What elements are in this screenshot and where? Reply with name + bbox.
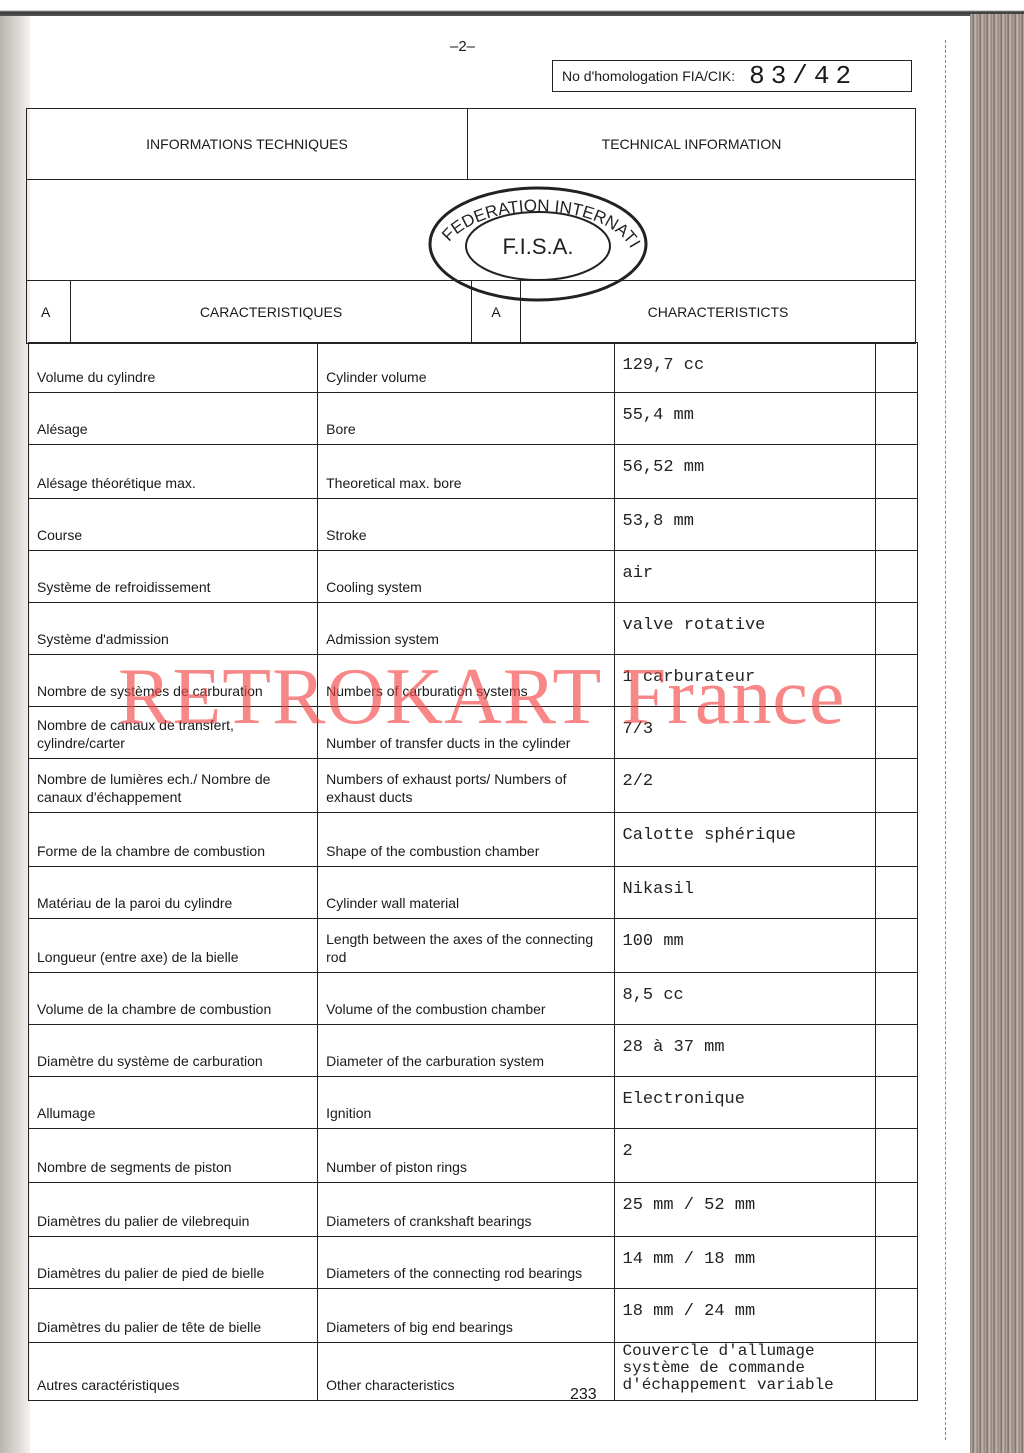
row-label-fr: Système de refroidissement	[29, 551, 318, 603]
watermark: RETROKART France	[118, 652, 845, 743]
row-label-fr: Diamètres du palier de vilebrequin	[29, 1183, 318, 1237]
homologation-label: No d'homologation FIA/CIK:	[562, 68, 735, 84]
row-blank-cell	[876, 707, 918, 759]
bottom-page-number: 233	[570, 1386, 597, 1404]
table-row: Longueur (entre axe) de la bielleLength …	[29, 919, 918, 973]
row-label-fr: Autres caractéristiques	[29, 1343, 318, 1401]
table-row: Forme de la chambre de combustionShape o…	[29, 813, 918, 867]
row-blank-cell	[876, 343, 918, 393]
row-label-en: Theoretical max. bore	[318, 445, 614, 499]
row-blank-cell	[876, 867, 918, 919]
row-label-fr: Course	[29, 499, 318, 551]
row-label-en: Diameters of big end bearings	[318, 1289, 614, 1343]
section-letter-fr: A	[27, 281, 71, 343]
header-title-en: TECHNICAL INFORMATION	[468, 109, 915, 179]
header-box: INFORMATIONS TECHNIQUES TECHNICAL INFORM…	[26, 108, 916, 344]
row-label-en: Bore	[318, 393, 614, 445]
characteristics-table: Volume du cylindreCylinder volume129,7 c…	[28, 342, 918, 1401]
row-value: air	[614, 551, 876, 603]
row-blank-cell	[876, 445, 918, 499]
row-label-fr: Diamètre du système de carburation	[29, 1025, 318, 1077]
row-blank-cell	[876, 1343, 918, 1401]
svg-text:F.I.S.A.: F.I.S.A.	[503, 234, 574, 259]
table-row: Matériau de la paroi du cylindreCylinder…	[29, 867, 918, 919]
table-row: Diamètres du palier de vilebrequinDiamet…	[29, 1183, 918, 1237]
book-binding-edge	[970, 14, 1024, 1453]
row-label-en: Length between the axes of the connectin…	[318, 919, 614, 973]
header-titles-row: INFORMATIONS TECHNIQUES TECHNICAL INFORM…	[27, 109, 915, 180]
table-row: Volume du cylindreCylinder volume129,7 c…	[29, 343, 918, 393]
table-row: Autres caractéristiquesOther characteris…	[29, 1343, 918, 1401]
table-row: Système d'admissionAdmission systemvalve…	[29, 603, 918, 655]
row-blank-cell	[876, 1025, 918, 1077]
table-row: Diamètre du système de carburationDiamet…	[29, 1025, 918, 1077]
row-label-en: Diameters of crankshaft bearings	[318, 1183, 614, 1237]
scan-edge-top	[0, 0, 1024, 16]
section-title-fr: CARACTERISTIQUES	[71, 281, 472, 343]
table-row: Système de refroidissementCooling system…	[29, 551, 918, 603]
homologation-number: 83/42	[749, 61, 857, 91]
row-label-en: Number of piston rings	[318, 1129, 614, 1183]
row-label-en: Cooling system	[318, 551, 614, 603]
row-label-fr: Allumage	[29, 1077, 318, 1129]
table-row: AllumageIgnitionElectronique	[29, 1077, 918, 1129]
row-label-en: Diameter of the carburation system	[318, 1025, 614, 1077]
row-label-fr: Diamètres du palier de tête de bielle	[29, 1289, 318, 1343]
homologation-box: No d'homologation FIA/CIK: 83/42	[552, 60, 912, 92]
row-label-en: Volume of the combustion chamber	[318, 973, 614, 1025]
row-label-en: Cylinder wall material	[318, 867, 614, 919]
row-label-fr: Diamètres du palier de pied de bielle	[29, 1237, 318, 1289]
row-value: 8,5 cc	[614, 973, 876, 1025]
row-value: 2/2	[614, 759, 876, 813]
row-blank-cell	[876, 1237, 918, 1289]
row-value: Calotte sphérique	[614, 813, 876, 867]
row-label-fr: Volume de la chambre de combustion	[29, 973, 318, 1025]
row-blank-cell	[876, 603, 918, 655]
row-label-en: Numbers of exhaust ports/ Numbers of exh…	[318, 759, 614, 813]
row-value: 14 mm / 18 mm	[614, 1237, 876, 1289]
fisa-stamp-icon: FEDERATION INTERNATIONALE F.I.S.A.	[425, 184, 651, 304]
table-row: Alésage théorétique max.Theoretical max.…	[29, 445, 918, 499]
row-blank-cell	[876, 655, 918, 707]
page-marker: –2–	[450, 38, 475, 55]
row-value: Nikasil	[614, 867, 876, 919]
row-label-en: Admission system	[318, 603, 614, 655]
row-label-en: Stroke	[318, 499, 614, 551]
row-value: 56,52 mm	[614, 445, 876, 499]
row-label-en: Cylinder volume	[318, 343, 614, 393]
table-row: Nombre de segments de pistonNumber of pi…	[29, 1129, 918, 1183]
row-blank-cell	[876, 973, 918, 1025]
table-row: Volume de la chambre de combustionVolume…	[29, 973, 918, 1025]
table-row: Nombre de lumières ech./ Nombre de canau…	[29, 759, 918, 813]
row-label-fr: Longueur (entre axe) de la bielle	[29, 919, 318, 973]
row-value: 25 mm / 52 mm	[614, 1183, 876, 1237]
stamp-row: FEDERATION INTERNATIONALE F.I.S.A.	[27, 180, 915, 281]
table-row: Diamètres du palier de tête de bielleDia…	[29, 1289, 918, 1343]
row-label-fr: Système d'admission	[29, 603, 318, 655]
row-value: valve rotative	[614, 603, 876, 655]
row-value: 2	[614, 1129, 876, 1183]
row-value: 18 mm / 24 mm	[614, 1289, 876, 1343]
table-row: Diamètres du palier de pied de bielleDia…	[29, 1237, 918, 1289]
row-blank-cell	[876, 1077, 918, 1129]
row-label-fr: Matériau de la paroi du cylindre	[29, 867, 318, 919]
row-value: 28 à 37 mm	[614, 1025, 876, 1077]
row-blank-cell	[876, 1289, 918, 1343]
row-label-fr: Nombre de segments de piston	[29, 1129, 318, 1183]
row-blank-cell	[876, 813, 918, 867]
row-value: 100 mm	[614, 919, 876, 973]
row-label-en: Diameters of the connecting rod bearings	[318, 1237, 614, 1289]
row-value: 55,4 mm	[614, 393, 876, 445]
row-value: Electronique	[614, 1077, 876, 1129]
row-label-en: Ignition	[318, 1077, 614, 1129]
row-blank-cell	[876, 919, 918, 973]
header-title-fr: INFORMATIONS TECHNIQUES	[27, 109, 468, 179]
row-label-fr: Alésage théorétique max.	[29, 445, 318, 499]
row-value: Couvercle d'allumage système de commande…	[614, 1343, 876, 1401]
row-label-fr: Forme de la chambre de combustion	[29, 813, 318, 867]
row-blank-cell	[876, 551, 918, 603]
row-label-fr: Alésage	[29, 393, 318, 445]
row-blank-cell	[876, 759, 918, 813]
row-blank-cell	[876, 499, 918, 551]
row-blank-cell	[876, 393, 918, 445]
row-label-fr: Volume du cylindre	[29, 343, 318, 393]
page-fold-line	[945, 40, 947, 1440]
row-value: 129,7 cc	[614, 343, 876, 393]
table-row: AlésageBore55,4 mm	[29, 393, 918, 445]
row-label-fr: Nombre de lumières ech./ Nombre de canau…	[29, 759, 318, 813]
row-blank-cell	[876, 1129, 918, 1183]
table-row: CourseStroke53,8 mm	[29, 499, 918, 551]
row-label-en: Shape of the combustion chamber	[318, 813, 614, 867]
row-blank-cell	[876, 1183, 918, 1237]
row-value: 53,8 mm	[614, 499, 876, 551]
